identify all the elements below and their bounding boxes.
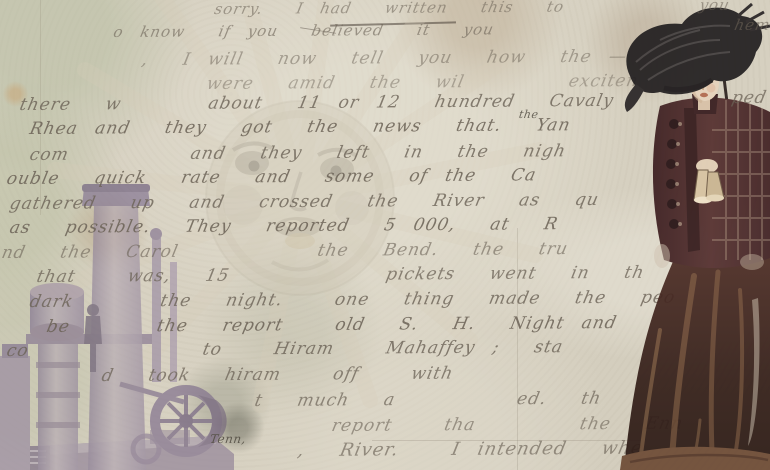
letter-annotation-2: Tenn, xyxy=(209,433,247,445)
letter-annotation-1: the xyxy=(518,109,539,120)
letter-fragment-3: ped xyxy=(730,90,768,107)
collage-canvas: sorry. I had written this too know if yo… xyxy=(0,0,770,470)
letter-fragment-1: you xyxy=(698,0,731,13)
letter-fragments-layer: youhempedtheTenn, xyxy=(0,0,770,470)
letter-fragment-2: hem xyxy=(733,18,770,33)
